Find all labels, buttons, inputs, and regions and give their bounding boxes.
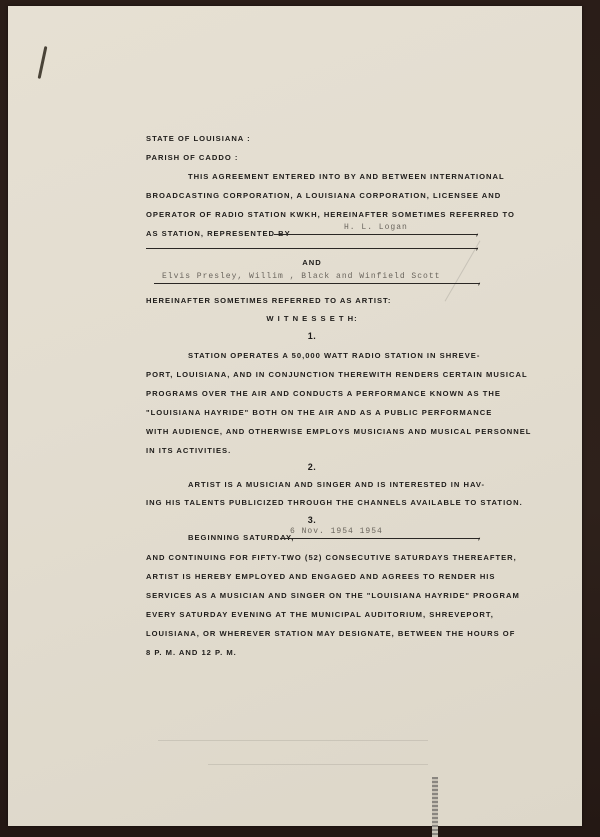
section-line: SERVICES AS A MUSICIAN AND SINGER ON THE… — [146, 591, 520, 600]
section-line: ING HIS TALENTS PUBLICIZED THROUGH THE C… — [146, 498, 523, 507]
section-line: IN ITS ACTIVITIES. — [146, 446, 231, 455]
pen-mark — [38, 46, 48, 79]
section-number: 1. — [146, 331, 478, 341]
artist-line: HEREINAFTER SOMETIMES REFERRED TO AS ART… — [146, 296, 391, 305]
section-line: PROGRAMS OVER THE AIR AND CONDUCTS A PER… — [146, 389, 501, 398]
bleed-through-line — [158, 740, 428, 741]
section-number: 2. — [146, 462, 478, 472]
intro-line: BROADCASTING CORPORATION, A LOUISIANA CO… — [146, 191, 501, 200]
perforation-mark — [432, 777, 438, 837]
section-line: WITH AUDIENCE, AND OTHERWISE EMPLOYS MUS… — [146, 427, 531, 436]
section-line: AND CONTINUING FOR FIFTY-TWO (52) CONSEC… — [146, 553, 517, 562]
section-line: ARTIST IS HEREBY EMPLOYED AND ENGAGED AN… — [146, 572, 495, 581]
section-number: 3. — [146, 515, 478, 525]
witnesseth-heading: W I T N E S S E T H: — [146, 314, 478, 323]
section-line: LOUISIANA, OR WHEREVER STATION MAY DESIG… — [146, 629, 515, 638]
section-line: STATION OPERATES A 50,000 WATT RADIO STA… — [188, 351, 480, 360]
section-line: PORT, LOUISIANA, AND IN CONJUNCTION THER… — [146, 370, 528, 379]
blank-field — [146, 237, 478, 249]
and-label: AND — [146, 258, 478, 267]
beginning-label: BEGINNING SATURDAY, — [188, 533, 294, 542]
section-line: ARTIST IS A MUSICIAN AND SINGER AND IS I… — [188, 480, 485, 489]
contract-page: STATE OF LOUISIANA : PARISH OF CADDO : T… — [8, 6, 582, 826]
section-line: 8 P. M. AND 12 P. M. — [146, 648, 237, 657]
intro-line: THIS AGREEMENT ENTERED INTO BY AND BETWE… — [188, 172, 505, 181]
heading-parish: PARISH OF CADDO : — [146, 153, 238, 162]
section-line: EVERY SATURDAY EVENING AT THE MUNICIPAL … — [146, 610, 494, 619]
beginning-date-field: 6 Nov. 1954 1954 — [280, 527, 480, 539]
section-line: "LOUISIANA HAYRIDE" BOTH ON THE AIR AND … — [146, 408, 492, 417]
heading-state: STATE OF LOUISIANA : — [146, 134, 251, 143]
intro-line: OPERATOR OF RADIO STATION KWKH, HEREINAF… — [146, 210, 515, 219]
bleed-through-line — [208, 764, 428, 765]
represented-by-field: H. L. Logan — [274, 223, 478, 235]
artist-field: Elvis Presley, Willim , Black and Winfie… — [154, 272, 480, 284]
